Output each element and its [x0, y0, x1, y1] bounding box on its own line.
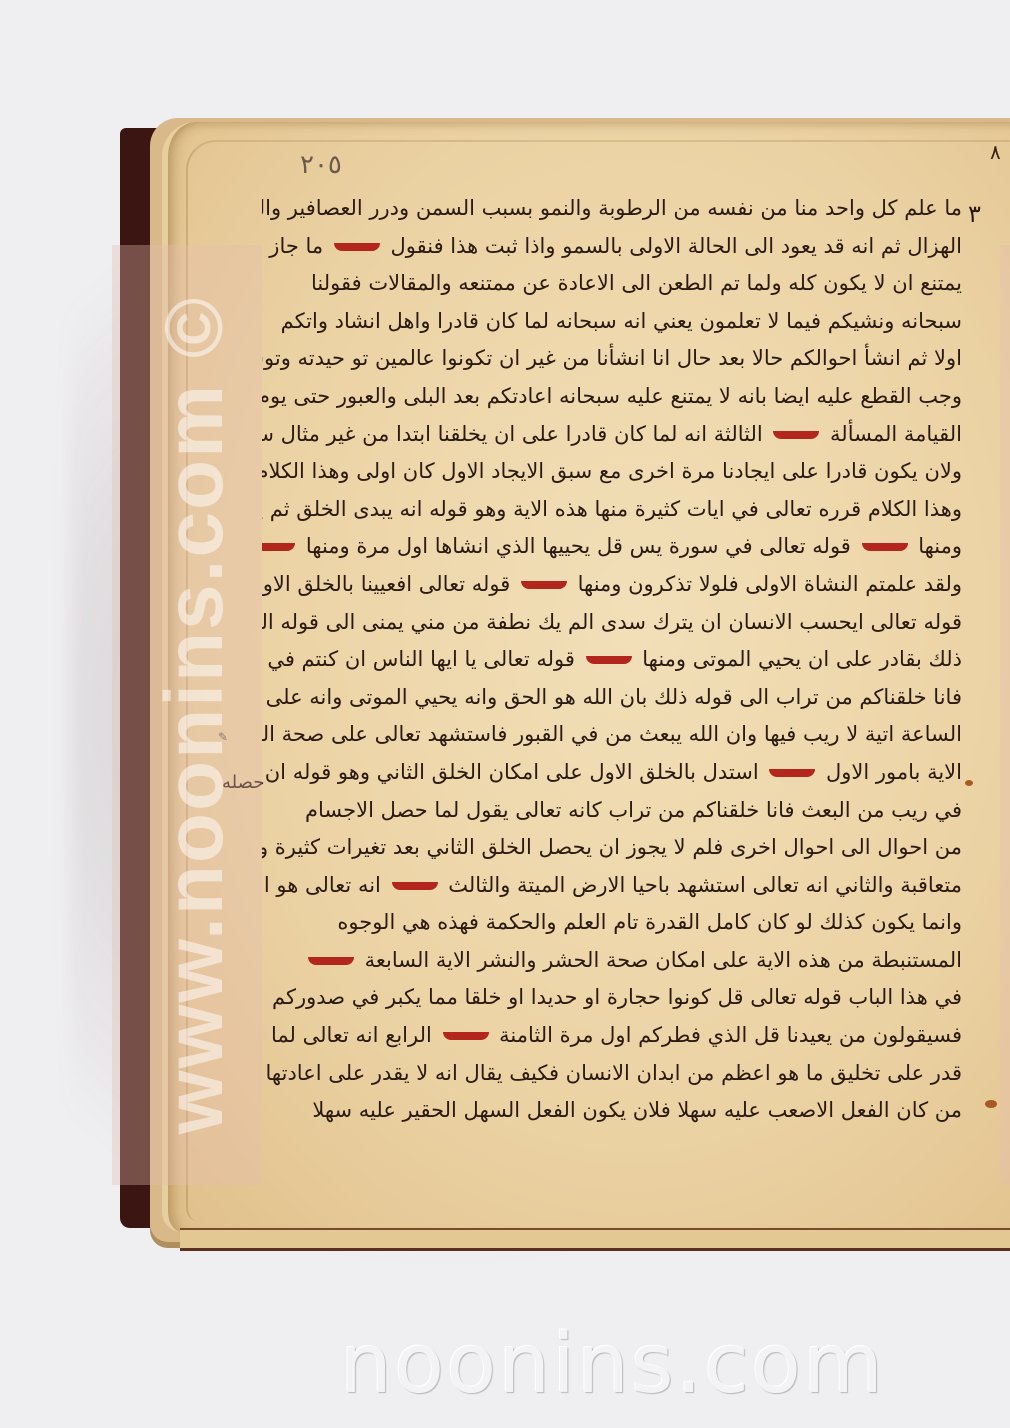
line-text: قوله تعالى يا ايها الناس ان كنتم في ريب …	[262, 647, 582, 671]
margin-number: ٣	[968, 200, 981, 228]
manuscript-line: ذلك بقادر على ان يحيي الموتى ومنها قوله …	[262, 641, 962, 679]
red-rubric-mark	[262, 543, 295, 551]
line-text: من احوال الى احوال اخرى فلم لا يجوز ان ي…	[262, 835, 962, 859]
manuscript-line: الهزال ثم انه قد يعود الى الحالة الاولى …	[262, 228, 962, 266]
line-text: وجب القطع عليه ايضا بانه لا يمتنع عليه س…	[262, 384, 962, 408]
red-rubric-mark	[773, 431, 819, 439]
line-text: ما جاز ان يكون بعضهم	[262, 234, 330, 258]
red-rubric-mark	[392, 882, 438, 890]
manuscript-line: ولقد علمتم النشاة الاولى فلولا تذكرون وم…	[262, 566, 962, 604]
watermark-right-band	[1000, 245, 1010, 1185]
line-text: سبحانه ونشيكم فيما لا تعلمون يعني انه سب…	[281, 309, 962, 333]
red-rubric-mark	[521, 581, 567, 589]
line-text: فانا خلقناكم من تراب الى قوله ذلك بان ال…	[262, 685, 962, 709]
manuscript-line: ما علم كل واحد منا من نفسه من الرطوبة وا…	[262, 190, 962, 228]
line-text: يمتنع ان لا يكون كله ولما تم الطعن الى ا…	[311, 271, 962, 295]
line-text: ذلك بقادر على ان يحيي الموتى ومنها	[636, 647, 962, 671]
manuscript-line: وهذا الكلام قرره تعالى في ايات كثيرة منه…	[262, 491, 962, 529]
line-text: استدل بالخلق الاول على امكان الخلق الثان…	[262, 760, 765, 784]
manuscript-line: ومنها قوله تعالى في سورة يس قل يحييها ال…	[262, 528, 962, 566]
manuscript-line: المستنبطة من هذه الاية على امكان صحة الح…	[262, 942, 962, 980]
red-rubric-mark	[443, 1032, 489, 1040]
line-text: في هذا الباب قوله تعالى قل كونوا حجارة ا…	[272, 985, 962, 1009]
manuscript-line: الاية بامور الاول استدل بالخلق الاول على…	[262, 754, 962, 792]
manuscript-line: وجب القطع عليه ايضا بانه لا يمتنع عليه س…	[262, 378, 962, 416]
line-text: الثالثة انه لما كان قادرا على ان يخلقنا …	[262, 422, 769, 446]
line-text: في ريب من البعث فانا خلقناكم من تراب كان…	[305, 798, 962, 822]
red-rubric-mark	[862, 543, 908, 551]
manuscript-line: سبحانه ونشيكم فيما لا تعلمون يعني انه سب…	[262, 303, 962, 341]
manuscript-line: في ريب من البعث فانا خلقناكم من تراب كان…	[262, 792, 962, 830]
line-text: وانما يكون كذلك لو كان كامل القدرة تام ا…	[337, 910, 962, 934]
manuscript-line: قدر على تخليق ما هو اعظم من ابدان الانسا…	[262, 1055, 962, 1093]
manuscript-line: يمتنع ان لا يكون كله ولما تم الطعن الى ا…	[262, 265, 962, 303]
line-text: الاية بامور الاول	[819, 760, 962, 784]
line-text: ومنها	[912, 534, 962, 558]
manuscript-line: من كان الفعل الاصعب عليه سهلا فلان يكون …	[262, 1092, 962, 1130]
line-text: ولان يكون قادرا على ايجادنا مرة اخرى مع …	[262, 459, 962, 483]
line-text: من كان الفعل الاصعب عليه سهلا فلان يكون …	[312, 1098, 962, 1122]
ink-stain	[985, 1100, 997, 1108]
red-rubric-mark	[308, 957, 354, 965]
line-text: الهزال ثم انه قد يعود الى الحالة الاولى …	[384, 234, 962, 258]
ink-stain	[965, 780, 973, 786]
corner-mark: ٨	[990, 140, 1001, 164]
line-text: قدر على تخليق ما هو اعظم من ابدان الانسا…	[262, 1061, 962, 1085]
line-text: الساعة اتية لا ريب فيها وان الله يبعث من…	[262, 722, 962, 746]
manuscript-line: فانا خلقناكم من تراب الى قوله ذلك بان ال…	[262, 679, 962, 717]
manuscript-line: متعاقبة والثاني انه تعالى استشهد باحيا ا…	[262, 867, 962, 905]
red-rubric-mark	[586, 656, 632, 664]
manuscript-line: فسيقولون من يعيدنا قل الذي فطركم اول مرة…	[262, 1017, 962, 1055]
line-text: وهذا الكلام قرره تعالى في ايات كثيرة منه…	[262, 497, 962, 521]
watermark-vertical-text: www.noonins.com ©	[148, 296, 242, 1135]
line-text: فسيقولون من يعيدنا قل الذي فطركم اول مرة…	[493, 1023, 963, 1047]
manuscript-line: الساعة اتية لا ريب فيها وان الله يبعث من…	[262, 716, 962, 754]
manuscript-line: من احوال الى احوال اخرى فلم لا يجوز ان ي…	[262, 829, 962, 867]
line-text: انه تعالى هو الحق	[262, 873, 388, 897]
line-text: ولقد علمتم النشاة الاولى فلولا تذكرون وم…	[571, 572, 962, 596]
red-rubric-mark	[769, 769, 815, 777]
line-text: المستنبطة من هذه الاية على امكان صحة الح…	[358, 948, 962, 972]
red-rubric-mark	[334, 243, 380, 251]
line-text: قوله تعالى افعيينا بالخلق الاول ومنها	[262, 572, 517, 596]
line-text: الرابع انه تعالى لما	[271, 1023, 439, 1047]
manuscript-line: في هذا الباب قوله تعالى قل كونوا حجارة ا…	[262, 979, 962, 1017]
manuscript-line: قوله تعالى ايحسب الانسان ان يترك سدى الم…	[262, 604, 962, 642]
watermark-bottom-text: noonins.com	[340, 1320, 960, 1410]
manuscript-text-block: ما علم كل واحد منا من نفسه من الرطوبة وا…	[262, 190, 962, 1130]
page-bottom-edges	[180, 1228, 1010, 1251]
line-text: القيامة المسألة	[823, 422, 962, 446]
line-text: متعاقبة والثاني انه تعالى استشهد باحيا ا…	[442, 873, 962, 897]
line-text: قوله تعالى ايحسب الانسان ان يترك سدى الم…	[262, 610, 962, 634]
line-text: اولا ثم انشأ احوالكم حالا بعد حال انا ان…	[262, 346, 962, 370]
line-text: قوله تعالى في سورة يس قل يحييها الذي انش…	[299, 534, 857, 558]
line-text: ما علم كل واحد منا من نفسه من الرطوبة وا…	[262, 196, 962, 220]
manuscript-line: اولا ثم انشأ احوالكم حالا بعد حال انا ان…	[262, 340, 962, 378]
folio-number: ٢٠٥	[300, 150, 342, 180]
manuscript-line: القيامة المسألة الثالثة انه لما كان قادر…	[262, 416, 962, 454]
manuscript-line: وانما يكون كذلك لو كان كامل القدرة تام ا…	[262, 904, 962, 942]
manuscript-line: ولان يكون قادرا على ايجادنا مرة اخرى مع …	[262, 453, 962, 491]
